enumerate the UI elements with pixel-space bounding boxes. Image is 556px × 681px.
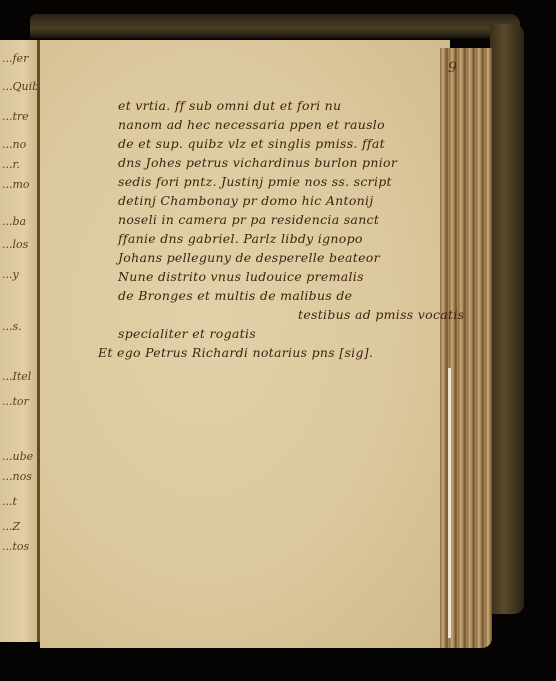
margin-fragment: ...fer — [2, 52, 28, 65]
margin-fragment: ...tre — [2, 110, 29, 123]
left-facing-page: ...fer ...Quibz ...tre ...no ...r. ...mo… — [0, 40, 40, 642]
margin-fragment: ...Z — [2, 520, 20, 533]
folio-number: 9 — [448, 60, 457, 76]
margin-fragment: ...tos — [2, 540, 29, 553]
text-line: nanom ad hec necessaria ppen et rauslo — [98, 115, 438, 134]
margin-fragment: ...no — [2, 138, 26, 151]
text-line: de et sup. quibz vlz et singlis pmiss. f… — [98, 134, 438, 153]
text-line: de Bronges et multis de malibus de — [98, 286, 438, 305]
margin-fragment: ...r. — [2, 158, 20, 171]
margin-fragment: ...s. — [2, 320, 22, 333]
book-cover-top — [30, 14, 520, 38]
notary-signature-line: Et ego Petrus Richardi notarius pns [sig… — [98, 343, 438, 362]
text-line: detinj Chambonay pr domo hic Antonij — [98, 191, 438, 210]
margin-fragment: ...t — [2, 495, 17, 508]
margin-fragment: ...y — [2, 268, 19, 281]
text-line: dns Johes petrus vichardinus burlon pnio… — [98, 153, 438, 172]
margin-fragment: ...Itel — [2, 370, 31, 383]
text-line: sedis fori pntz. Justinj pmie nos ss. sc… — [98, 172, 438, 191]
text-line: et vrtia. ff sub omni dut et fori nu — [98, 96, 438, 115]
text-line: specialiter et rogatis — [98, 324, 438, 343]
margin-fragment: ...tor — [2, 395, 29, 408]
manuscript-text: et vrtia. ff sub omni dut et fori nu nan… — [98, 96, 438, 362]
background-shadow — [0, 648, 556, 681]
text-line: noseli in camera pr pa residencia sanct — [98, 210, 438, 229]
text-line: Nune distrito vnus ludouice premalis — [98, 267, 438, 286]
book-cover-right — [490, 24, 524, 614]
page-edges — [440, 48, 492, 648]
margin-fragment: ...los — [2, 238, 28, 251]
margin-fragment: ...ba — [2, 215, 26, 228]
margin-fragment: ...nos — [2, 470, 32, 483]
margin-fragment: ...ube — [2, 450, 33, 463]
text-line: Johans pelleguny de desperelle beateor — [98, 248, 438, 267]
margin-fragment: ...mo — [2, 178, 30, 191]
text-line: ffanie dns gabriel. Parlz libdy ignopo — [98, 229, 438, 248]
text-line: testibus ad pmiss vocatis — [98, 305, 438, 324]
